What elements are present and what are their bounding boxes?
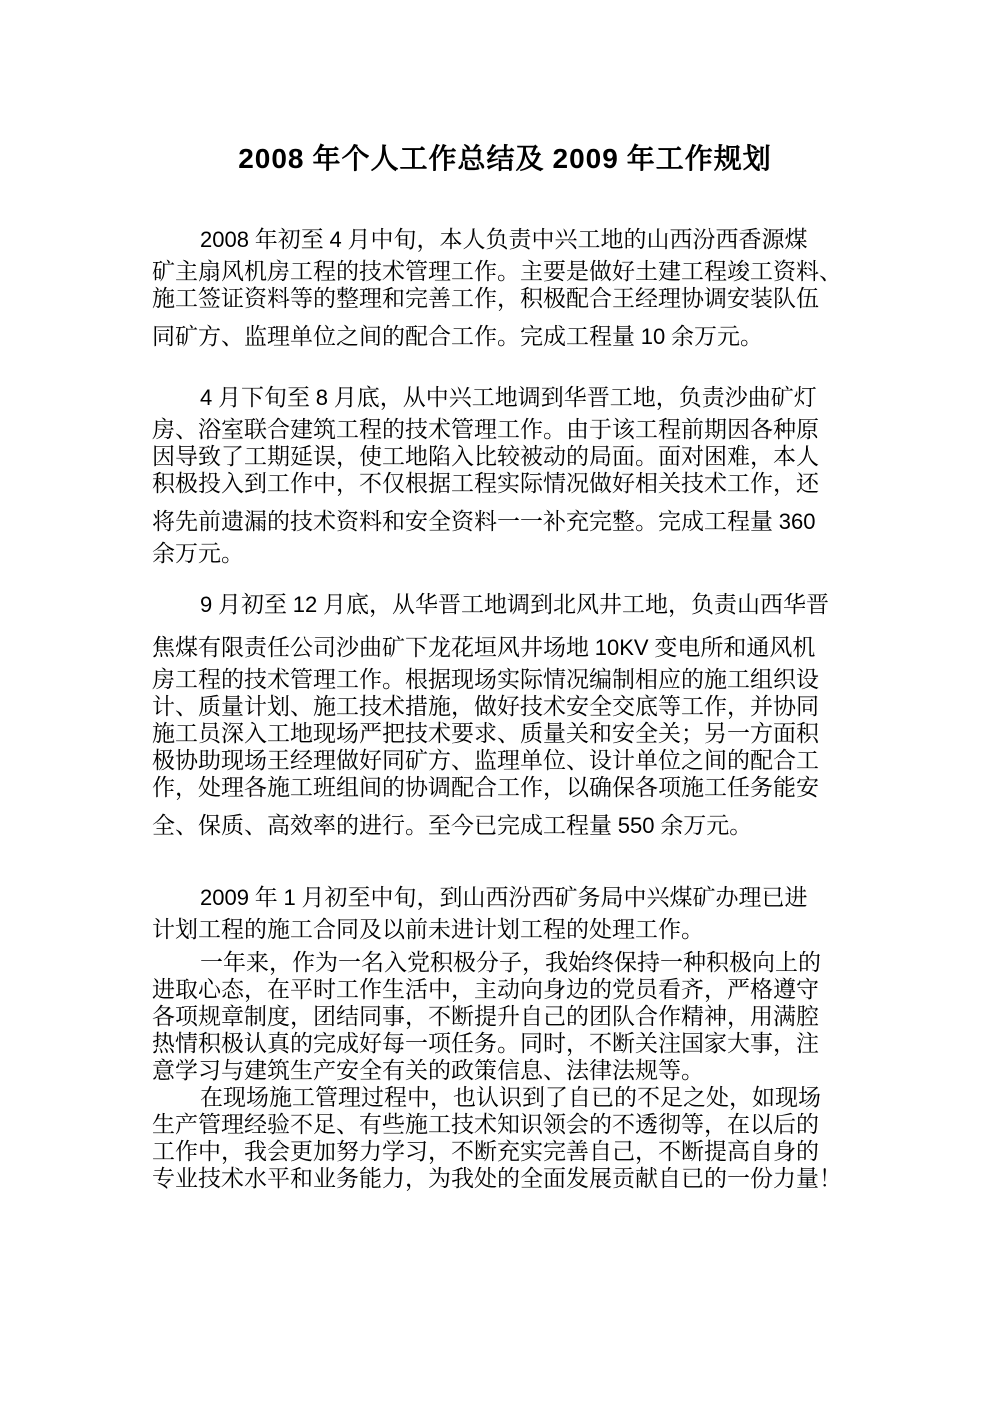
text-line: 全、保质、高效率的进行。至今已完成工程量 550 余万元。 [152, 801, 858, 844]
paragraph: 2008 年初至 4 月中旬，本人负责中兴工地的山西汾西香源煤矿主扇风机房工程的… [152, 215, 858, 355]
text-line: 各项规章制度，团结同事，不断提升自己的团队合作精神，用满腔 [152, 1003, 858, 1030]
latin-text: 8 [316, 385, 328, 410]
text-line: 焦煤有限责任公司沙曲矿下龙花垣风井场地 10KV 变电所和通风机 [152, 623, 858, 666]
text-line: 积极投入到工作中，不仅根据工程实际情况做好相关技术工作，还 [152, 470, 858, 497]
latin-text: 4 [200, 385, 212, 410]
latin-text: 360 [779, 509, 816, 534]
text-line: 房工程的技术管理工作。根据现场实际情况编制相应的施工组织设 [152, 666, 858, 693]
latin-text: 2008 [238, 143, 304, 174]
text-line: 工作中，我会更加努力学习，不断充实完善自己，不断提高自身的 [152, 1138, 858, 1165]
document-body: 2008 年初至 4 月中旬，本人负责中兴工地的山西汾西香源煤矿主扇风机房工程的… [152, 215, 858, 1192]
latin-text: 4 [329, 227, 341, 252]
text-line: 极协助现场王经理做好同矿方、监理单位、设计单位之间的配合工 [152, 747, 858, 774]
text-line: 因导致了工期延误，使工地陷入比较被动的局面。面对困难，本人 [152, 443, 858, 470]
text-line: 4 月下旬至 8 月底，从中兴工地调到华晋工地，负责沙曲矿灯 [152, 373, 858, 416]
text-line: 进取心态，在平时工作生活中，主动向身边的党员看齐，严格遵守 [152, 976, 858, 1003]
latin-text: 2008 [200, 227, 249, 252]
latin-text: 1 [283, 885, 295, 910]
latin-text: 2009 [200, 885, 249, 910]
text-line: 计划工程的施工合同及以前未进计划工程的处理工作。 [152, 916, 858, 943]
text-line: 矿主扇风机房工程的技术管理工作。主要是做好土建工程竣工资料、 [152, 258, 858, 285]
text-line: 施工员深入工地现场严把技术要求、质量关和安全关；另一方面积 [152, 720, 858, 747]
text-line: 房、浴室联合建筑工程的技术管理工作。由于该工程前期因各种原 [152, 416, 858, 443]
text-line: 专业技术水平和业务能力，为我处的全面发展贡献自已的一份力量！ [152, 1165, 858, 1192]
latin-text: 10KV [595, 635, 649, 660]
document-content: 2008 年个人工作总结及 2009 年工作规划 2008 年初至 4 月中旬，… [152, 141, 858, 1192]
latin-text: 10 [641, 324, 665, 349]
latin-text: 9 [200, 592, 212, 617]
paragraph: 2009 年 1 月初至中旬，到山西汾西矿务局中兴煤矿办理已进计划工程的施工合同… [152, 873, 858, 943]
latin-text: 2009 [553, 143, 619, 174]
text-line: 在现场施工管理过程中，也认识到了自已的不足之处，如现场 [152, 1084, 858, 1111]
latin-text: 550 [618, 813, 655, 838]
text-line: 同矿方、监理单位之间的配合工作。完成工程量 10 余万元。 [152, 312, 858, 355]
text-line: 计、质量计划、施工技术措施，做好技术安全交底等工作，并协同 [152, 693, 858, 720]
paragraph: 一年来，作为一名入党积极分子，我始终保持一种积极向上的进取心态，在平时工作生活中… [152, 949, 858, 1084]
paragraph: 在现场施工管理过程中，也认识到了自已的不足之处，如现场生产管理经验不足、有些施工… [152, 1084, 858, 1192]
text-line: 9 月初至 12 月底，从华晋工地调到北风井工地，负责山西华晋 [152, 580, 858, 623]
text-line: 2009 年 1 月初至中旬，到山西汾西矿务局中兴煤矿办理已进 [152, 873, 858, 916]
text-line: 2008 年初至 4 月中旬，本人负责中兴工地的山西汾西香源煤 [152, 215, 858, 258]
document-title: 2008 年个人工作总结及 2009 年工作规划 [152, 141, 858, 178]
text-line: 热情积极认真的完成好每一项任务。同时，不断关注国家大事，注 [152, 1030, 858, 1057]
paragraph: 4 月下旬至 8 月底，从中兴工地调到华晋工地，负责沙曲矿灯房、浴室联合建筑工程… [152, 373, 858, 567]
document-page: 2008 年个人工作总结及 2009 年工作规划 2008 年初至 4 月中旬，… [0, 0, 1000, 1415]
text-line: 作，处理各施工班组间的协调配合工作，以确保各项施工任务能安 [152, 774, 858, 801]
paragraph: 9 月初至 12 月底，从华晋工地调到北风井工地，负责山西华晋焦煤有限责任公司沙… [152, 580, 858, 844]
latin-text: 12 [293, 592, 317, 617]
text-line: 生产管理经验不足、有些施工技术知识领会的不透彻等，在以后的 [152, 1111, 858, 1138]
text-line: 将先前遗漏的技术资料和安全资料一一补充完整。完成工程量 360 [152, 497, 858, 540]
text-line: 施工签证资料等的整理和完善工作，积极配合王经理协调安装队伍 [152, 285, 858, 312]
text-line: 余万元。 [152, 540, 858, 567]
text-line: 一年来，作为一名入党积极分子，我始终保持一种积极向上的 [152, 949, 858, 976]
text-line: 意学习与建筑生产安全有关的政策信息、法律法规等。 [152, 1057, 858, 1084]
